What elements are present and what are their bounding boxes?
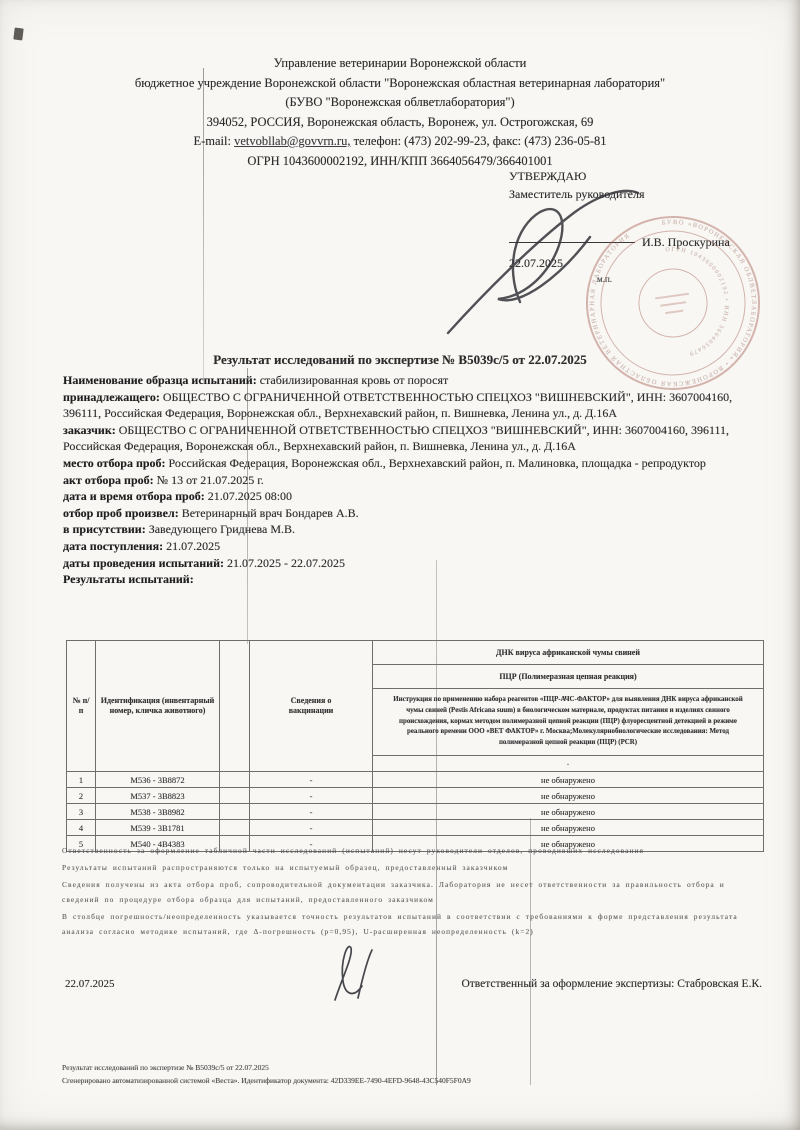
document-footer: Результат исследований по экспертизе № В… [62,1062,762,1087]
results-heading: Результаты испытаний: [63,572,194,586]
cell-vaccination: - [250,820,373,836]
col-header-method: ПЦР (Полимеразная цепная реакция) [373,665,764,689]
org-contacts-line: E-mail: vetvobllab@govvrn.ru, телефон: (… [0,132,800,152]
email-label: E-mail: [193,134,231,148]
detail-label: даты проведения испытаний: [63,556,224,570]
detail-label: заказчик: [63,423,116,437]
detail-value: Ветеринарный врач Бондарев А.В. [182,506,359,520]
detail-value: Российская Федерация, Воронежская обл., … [169,456,706,470]
cell-result: не обнаружено [373,804,764,820]
org-shortname-line: (БУВО "Воронежская облветлаборатория") [0,93,800,113]
col-header-vaccination: Сведения о вакцинации [250,641,373,772]
detail-value: стабилизированная кровь от поросят [260,373,449,387]
detail-row: Результаты испытаний: [63,571,735,588]
letterhead: Управление ветеринарии Воронежской облас… [0,54,800,171]
responsible-person: Ответственный за оформление экспертизы: … [461,978,762,990]
detail-value: ОБЩЕСТВО С ОГРАНИЧЕННОЙ ОТВЕТСТВЕННОСТЬЮ… [63,423,729,454]
table-row: 3 М538 - 3В8982 - не обнаружено [67,804,764,820]
cell-id: М538 - 3В8982 [96,804,220,820]
footnote: Ответственность за оформление табличной … [62,843,764,858]
detail-row: Наименование образца испытаний: стабилиз… [63,372,735,389]
stamp-place-label: м.п. [597,270,612,288]
signature-line [509,241,635,243]
detail-row: акт отбора проб: № 13 от 21.07.2025 г. [63,472,735,489]
detail-row: даты проведения испытаний: 21.07.2025 - … [63,555,735,572]
col-header-empty [220,641,250,772]
approve-label: УТВЕРЖДАЮ [509,167,769,185]
detail-row: дата поступления: 21.07.2025 [63,538,735,555]
table-row: 2 М537 - 3В8823 - не обнаружено [67,788,764,804]
cell-id: М539 - 3В1781 [96,820,220,836]
responsible-signature-ink [318,938,388,1008]
detail-label: акт отбора проб: [63,473,154,487]
scanned-veterinary-report: Управление ветеринарии Воронежской облас… [0,0,800,1130]
cell-num: 3 [67,804,96,820]
detail-value: 21.07.2025 - 22.07.2025 [227,556,345,570]
col-header-note: . [373,756,764,772]
approval-date: 22.07.2025 [509,254,769,272]
detail-value: Заведующего Гриднева М.В. [149,522,295,536]
email-link: vetvobllab@govvrn.ru, [234,134,350,148]
cell-result: не обнаружено [373,772,764,788]
cell-id: М536 - 3В8872 [96,772,220,788]
detail-value: № 13 от 21.07.2025 г. [157,473,264,487]
report-title: Результат исследований по экспертизе № В… [0,352,800,368]
detail-row: принадлежащего: ОБЩЕСТВО С ОГРАНИЧЕННОЙ … [63,389,735,422]
approver-name: И.В. Проскурина [642,235,730,249]
org-fullname-line: бюджетное учреждение Воронежской области… [0,74,800,94]
signoff-date: 22.07.2025 [65,978,115,990]
org-address-line: 394052, РОССИЯ, Воронежская область, Вор… [0,113,800,133]
cell-empty [220,820,250,836]
detail-row: отбор проб произвел: Ветеринарный врач Б… [63,505,735,522]
col-header-identification: Идентификация (инвентарный номер, кличка… [96,641,220,772]
cell-result: не обнаружено [373,820,764,836]
footer-expertise-line: Результат исследований по экспертизе № В… [62,1062,762,1075]
cell-vaccination: - [250,772,373,788]
phone-fax: телефон: (473) 202-99-23, факс: (473) 23… [354,134,607,148]
footnote: Результаты испытаний распространяются то… [62,860,764,875]
cell-result: не обнаружено [373,788,764,804]
footnotes: Ответственность за оформление табличной … [62,843,764,941]
cell-empty [220,804,250,820]
scan-corner-artifact [13,27,23,40]
detail-label: дата и время отбора проб: [63,489,205,503]
cell-num: 1 [67,772,96,788]
detail-row: место отбора проб: Российская Федерация,… [63,455,735,472]
detail-label: принадлежащего: [63,390,160,404]
footnote: В столбце погрешность/неопределенность у… [62,909,764,939]
detail-row: заказчик: ОБЩЕСТВО С ОГРАНИЧЕННОЙ ОТВЕТС… [63,422,735,455]
cell-vaccination: - [250,804,373,820]
footnote: Сведения получены из акта отбора проб, с… [62,877,764,907]
detail-value: 21.07.2025 [166,539,220,553]
cell-vaccination: - [250,788,373,804]
cell-num: 4 [67,820,96,836]
sample-details: Наименование образца испытаний: стабилиз… [63,372,735,588]
detail-label: Наименование образца испытаний: [63,373,257,387]
detail-label: отбор проб произвел: [63,506,179,520]
detail-row: дата и время отбора проб: 21.07.2025 08:… [63,488,735,505]
cell-empty [220,772,250,788]
col-header-num: № п/п [67,641,96,772]
footer-generated-line: Сгенерировано автоматизированной системо… [62,1075,762,1088]
detail-label: место отбора проб: [63,456,166,470]
table-row: 4 М539 - 3В1781 - не обнаружено [67,820,764,836]
cell-num: 2 [67,788,96,804]
cell-empty [220,788,250,804]
table-row: 1 М536 - 3В8872 - не обнаружено [67,772,764,788]
approver-position: Заместитель руководителя [509,185,769,203]
col-header-disease: ДНК вируса африканской чумы свиней [373,641,764,665]
approval-block: УТВЕРЖДАЮ Заместитель руководителя И.В. … [509,167,769,272]
detail-label: дата поступления: [63,539,163,553]
approver-signature-row: И.В. Проскурина [509,233,769,251]
org-name-line: Управление ветеринарии Воронежской облас… [0,54,800,74]
detail-label: в присутствии: [63,522,146,536]
detail-value: ОБЩЕСТВО С ОГРАНИЧЕННОЙ ОТВЕТСТВЕННОСТЬЮ… [63,390,732,421]
results-table: № п/п Идентификация (инвентарный номер, … [66,640,764,852]
detail-row: в присутствии: Заведующего Гриднева М.В. [63,521,735,538]
col-header-instruction: Инструкция по применению набора реагенто… [373,689,764,756]
cell-id: М537 - 3В8823 [96,788,220,804]
detail-value: 21.07.2025 08:00 [208,489,292,503]
